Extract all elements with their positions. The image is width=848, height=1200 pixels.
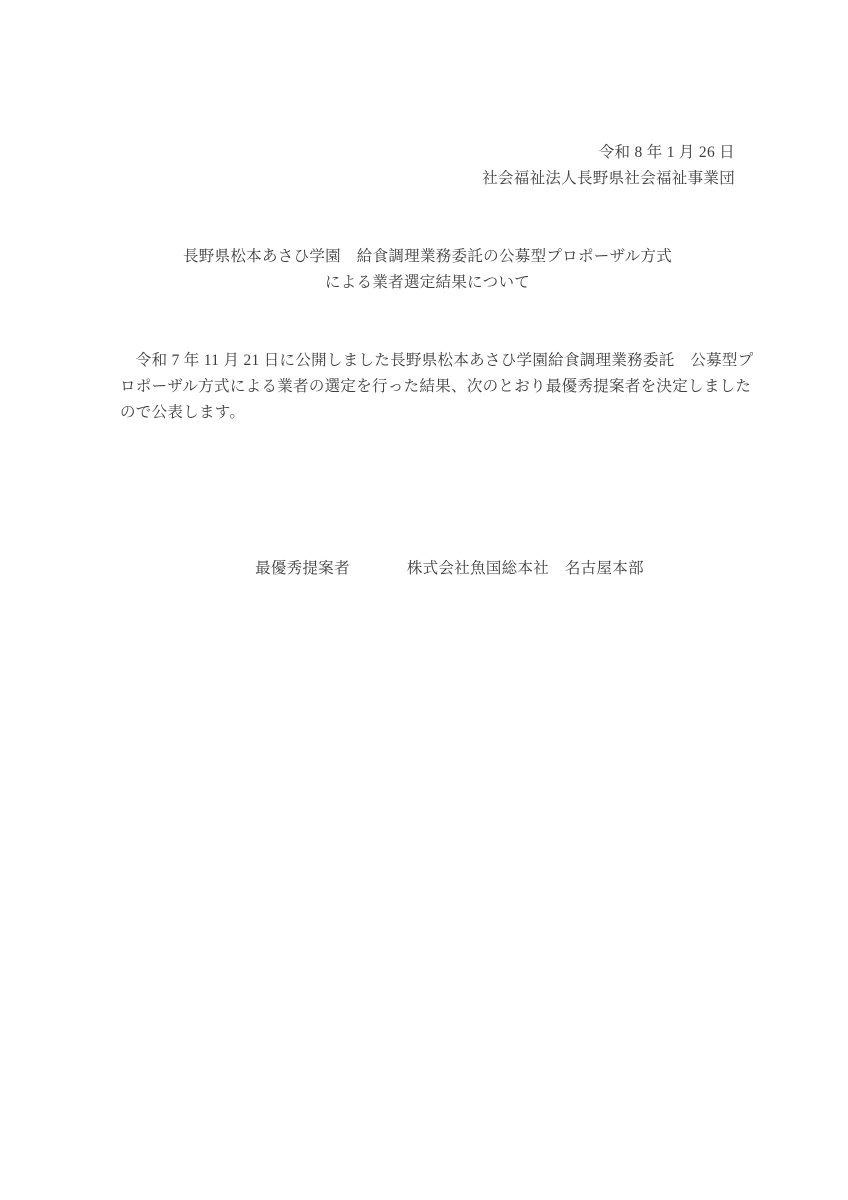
body-line-1: 令和 7 年 11 月 21 日に公開しました長野県松本あさひ学園給食調理業務委… [120,348,735,374]
result-line: 最優秀提案者株式会社魚国総本社 名古屋本部 [120,530,735,556]
result-value: 株式会社魚国総本社 名古屋本部 [407,560,644,577]
body-paragraph: 令和 7 年 11 月 21 日に公開しました長野県松本あさひ学園給食調理業務委… [120,348,735,426]
document-title: 長野県松本あさひ学園 給食調理業務委託の公募型プロポーザル方式 による業者選定結… [120,244,735,296]
organization-line: 社会福祉法人長野県社会福祉事業団 [120,166,735,192]
body-line-3: ので公表します。 [120,400,735,426]
title-line-2: による業者選定結果について [120,270,735,296]
result-label: 最優秀提案者 [255,560,350,577]
document-content: 令和 8 年 1 月 26 日 社会福祉法人長野県社会福祉事業団 長野県松本あさ… [120,140,735,556]
body-line-2: ロポーザル方式による業者の選定を行った結果、次のとおり最優秀提案者を決定しました [120,374,735,400]
title-line-1: 長野県松本あさひ学園 給食調理業務委託の公募型プロポーザル方式 [120,244,735,270]
document-page: 令和 8 年 1 月 26 日 社会福祉法人長野県社会福祉事業団 長野県松本あさ… [0,0,848,1200]
date-line: 令和 8 年 1 月 26 日 [120,140,735,166]
